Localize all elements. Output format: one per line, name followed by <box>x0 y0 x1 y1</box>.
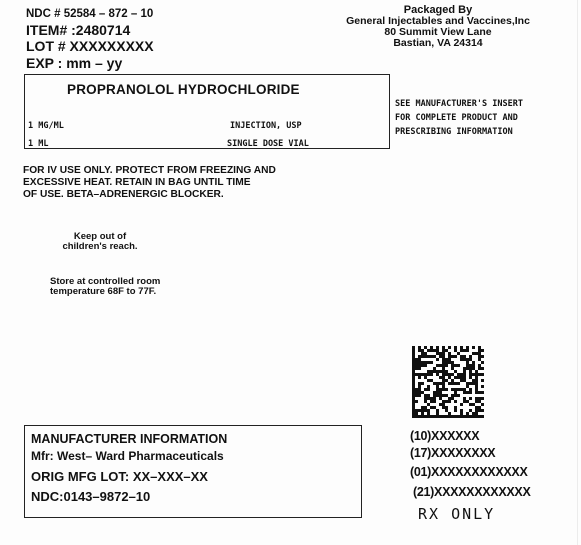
drug-container: SINGLE DOSE VIAL <box>227 139 309 149</box>
insert-note-line: FOR COMPLETE PRODUCT AND <box>395 111 523 125</box>
original-lot: ORIG MFG LOT: XX–XXX–XX <box>31 469 208 484</box>
lot-number: LOT # XXXXXXXXX <box>26 38 154 54</box>
gs1-batch: (10)XXXXXX <box>410 429 479 443</box>
insert-note: SEE MANUFACTURER'S INSERT FOR COMPLETE P… <box>395 97 523 139</box>
manufacturer-info-box: MANUFACTURER INFORMATION Mfr: West– Ward… <box>24 425 362 518</box>
child-safety-line: children's reach. <box>40 242 160 252</box>
ndc-number: NDC # 52584 – 872 – 10 <box>26 8 153 20</box>
scan-edge <box>577 0 578 545</box>
drug-strength: 1 MG/ML <box>28 121 64 131</box>
drug-info-box: PROPRANOLOL HYDROCHLORIDE 1 MG/ML INJECT… <box>24 74 390 149</box>
drug-form: INJECTION, USP <box>230 121 302 131</box>
item-number: ITEM# :2480714 <box>26 22 130 38</box>
storage-note: Store at controlled room temperature 68F… <box>50 277 160 297</box>
gs1-gtin: (01)XXXXXXXXXXXX <box>410 465 527 479</box>
gs1-expiry: (17)XXXXXXXX <box>410 446 495 460</box>
warning-line: OF USE. BETA–ADRENERGIC BLOCKER. <box>23 189 276 201</box>
expiration-date: EXP : mm – yy <box>26 55 122 71</box>
insert-note-line: PRESCRIBING INFORMATION <box>395 125 523 139</box>
manufacturer-name: Mfr: West– Ward Pharmaceuticals <box>31 449 224 463</box>
drug-volume: 1 ML <box>28 139 48 149</box>
warning-line: FOR IV USE ONLY. PROTECT FROM FREEZING A… <box>23 165 276 177</box>
usage-warnings: FOR IV USE ONLY. PROTECT FROM FREEZING A… <box>23 165 276 201</box>
insert-note-line: SEE MANUFACTURER'S INSERT <box>395 97 523 111</box>
packager-block: Packaged By General Injectables and Vacc… <box>318 5 558 49</box>
manufacturer-ndc: NDC:0143–9872–10 <box>31 489 150 504</box>
drug-name: PROPRANOLOL HYDROCHLORIDE <box>67 82 300 97</box>
packager-city: Bastian, VA 24314 <box>318 38 558 49</box>
manufacturer-title: MANUFACTURER INFORMATION <box>31 432 227 446</box>
warning-line: EXCESSIVE HEAT. RETAIN IN BAG UNTIL TIME <box>23 177 276 189</box>
child-safety-note: Keep out of children's reach. <box>40 232 160 252</box>
rx-only-label: RX ONLY <box>418 505 495 523</box>
gs1-serial: (21)XXXXXXXXXXXX <box>413 485 530 499</box>
data-matrix-icon <box>412 346 484 418</box>
storage-line: temperature 68F to 77F. <box>50 287 160 297</box>
